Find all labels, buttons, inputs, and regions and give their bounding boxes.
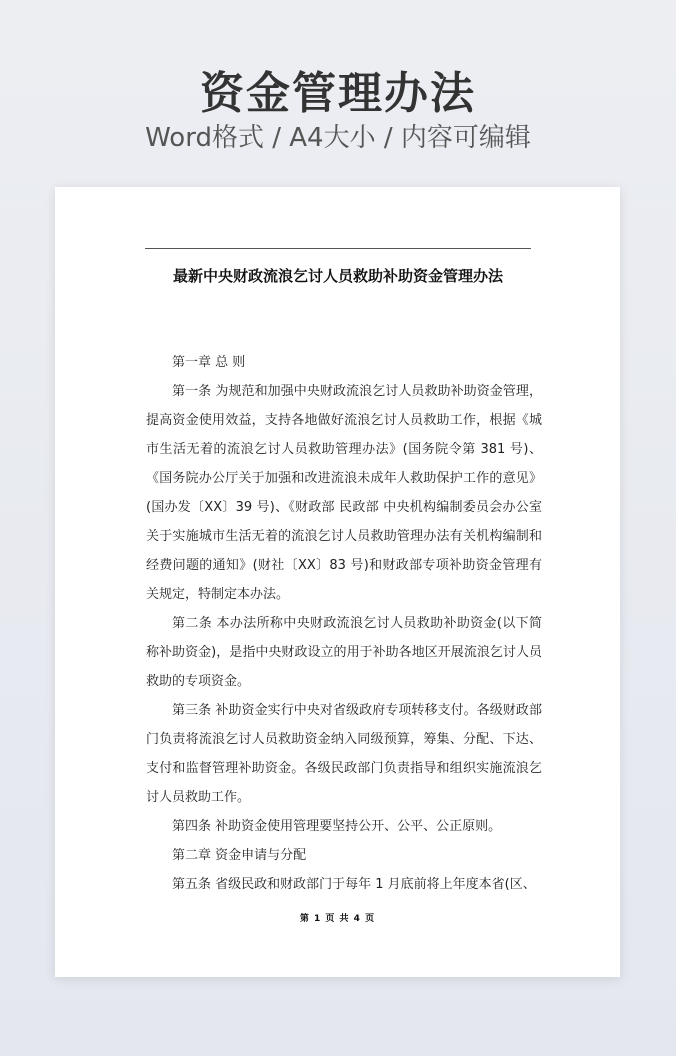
article-paragraph: 第三条 补助资金实行中央对省级政府专项转移支付。各级财政部门负责将流浪乞讨人员救…	[146, 696, 542, 812]
document-title: 最新中央财政流浪乞讨人员救助补助资金管理办法	[115, 264, 561, 288]
chapter-heading: 第一章 总 则	[146, 348, 542, 377]
document-page: 最新中央财政流浪乞讨人员救助补助资金管理办法 第一章 总 则 第一条 为规范和加…	[55, 187, 620, 977]
article-paragraph: 第一条 为规范和加强中央财政流浪乞讨人员救助补助资金管理，提高资金使用效益，支持…	[146, 377, 542, 609]
article-paragraph: 第五条 省级民政和财政部门于每年 1 月底前将上年度本省(区、	[146, 870, 542, 899]
header-rule	[145, 248, 531, 249]
banner-subtitle: Word格式 / A4大小 / 内容可编辑	[0, 120, 676, 156]
page-number: 第 1 页 共 4 页	[55, 911, 620, 924]
article-paragraph: 第二条 本办法所称中央财政流浪乞讨人员救助补助资金(以下简称补助资金)，是指中央…	[146, 609, 542, 696]
chapter-heading: 第二章 资金申请与分配	[146, 841, 542, 870]
banner-title: 资金管理办法	[0, 66, 676, 122]
document-body: 第一章 总 则 第一条 为规范和加强中央财政流浪乞讨人员救助补助资金管理，提高资…	[146, 348, 542, 899]
article-paragraph: 第四条 补助资金使用管理要坚持公开、公平、公正原则。	[146, 812, 542, 841]
